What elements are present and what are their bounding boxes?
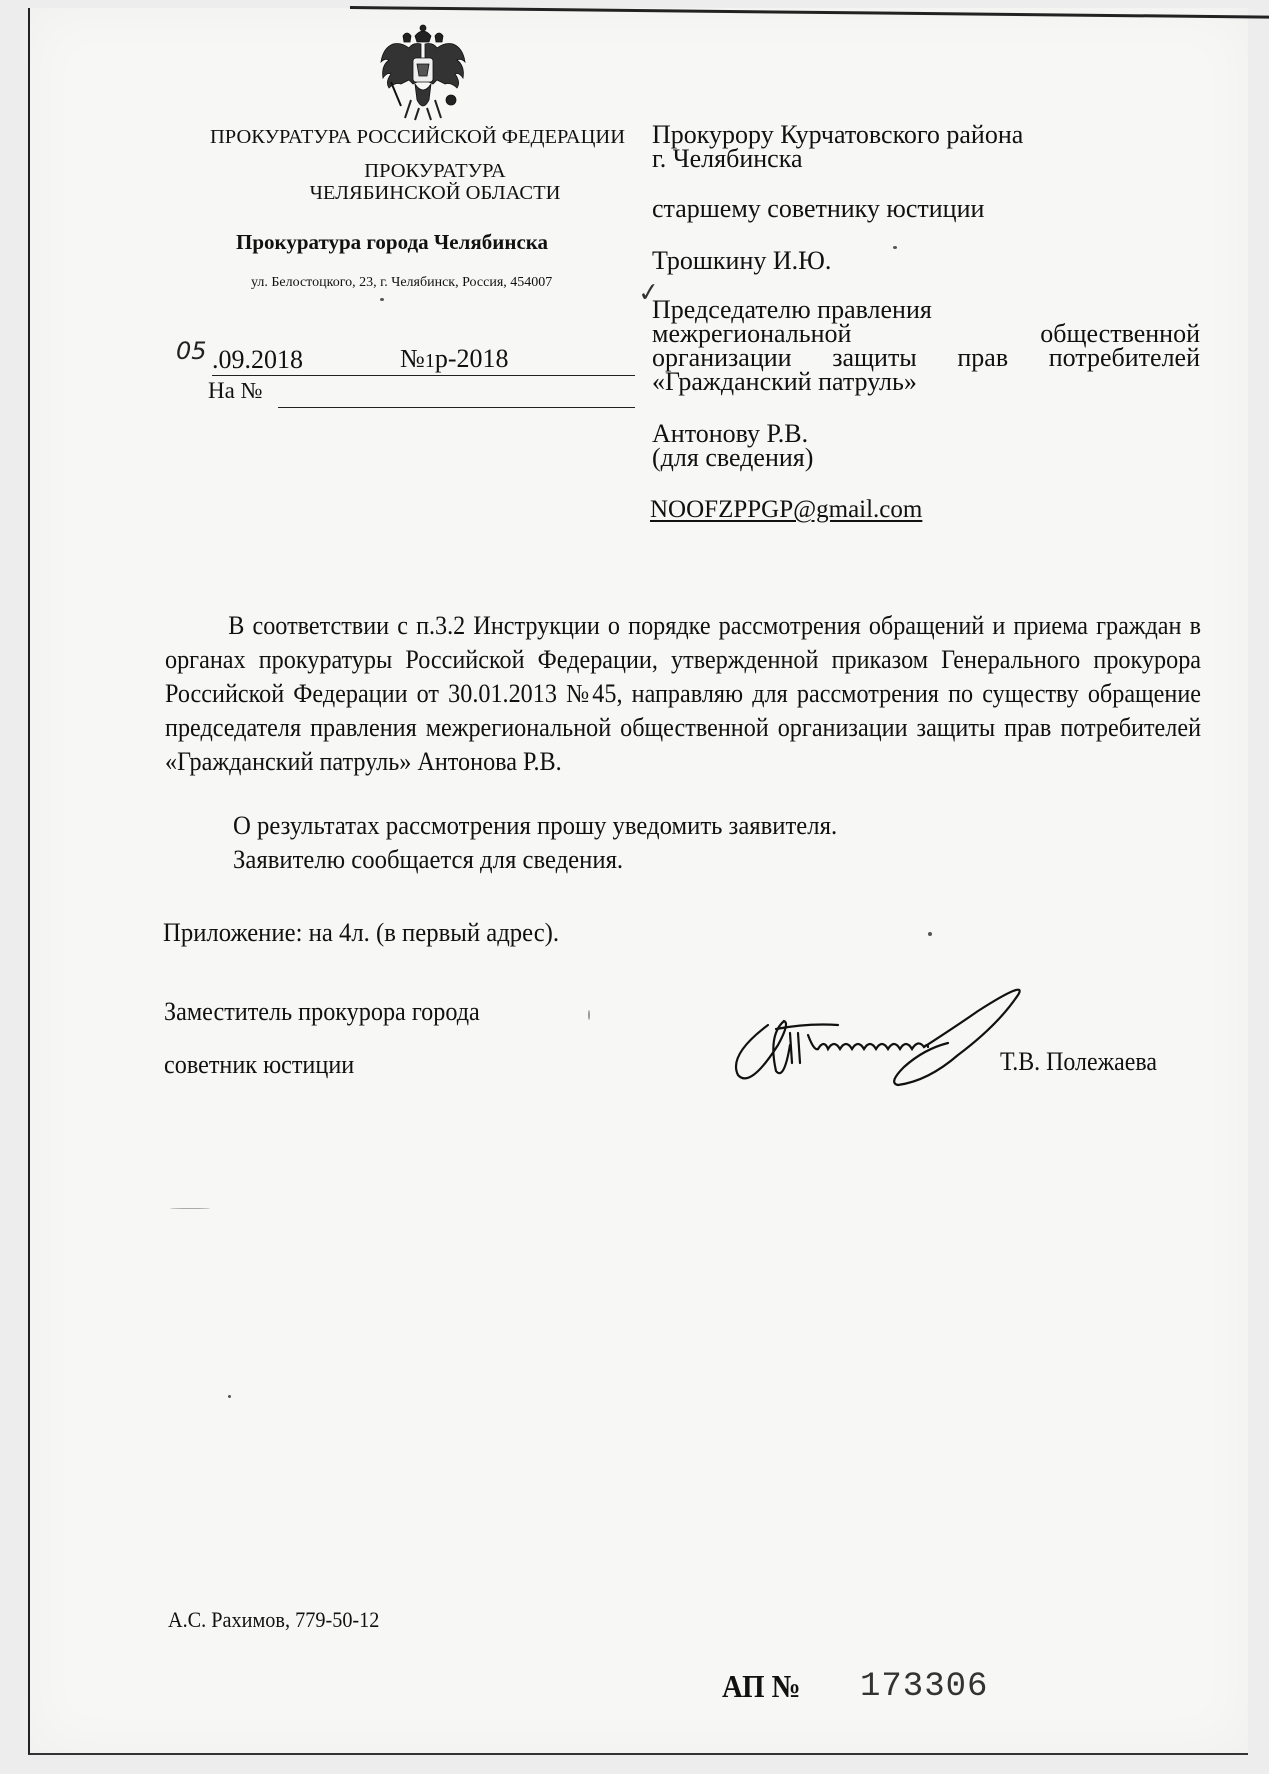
scan-speck: [928, 932, 932, 936]
body-paragraph-2: О результатах рассмотрения прошу уведоми…: [233, 811, 837, 841]
form-number: 173306: [860, 1668, 988, 1706]
document-page: [28, 8, 1248, 1755]
letterhead-region-line1: ПРОКУРАТУРА: [275, 160, 595, 182]
recipient-primary-rank: старшему советнику юстиции: [652, 197, 984, 221]
recipient-secondary-office: Председателю правления межрегиональной о…: [652, 298, 1200, 394]
recipient-primary-office: Прокурору Курчатовского района г. Челяби…: [652, 123, 1023, 171]
letterhead-address: ул. Белостоцкого, 23, г. Челябинск, Росс…: [251, 275, 552, 291]
registration-number: №1р-2018: [400, 344, 508, 374]
recipient-primary-line2: г. Челябинска: [652, 147, 1023, 171]
signatory-name: Т.В. Полежаева: [1000, 1047, 1157, 1077]
letterhead-city-office: Прокуратура города Челябинска: [236, 230, 548, 255]
scan-speck: [228, 1395, 231, 1398]
body-paragraph-1: В соответствии с п.3.2 Инструкции о поря…: [165, 609, 1201, 779]
handwritten-signature-icon: [728, 985, 1058, 1095]
recipient-secondary-note: (для сведения): [652, 446, 813, 470]
body-paragraph-3: Заявителю сообщается для сведения.: [233, 845, 623, 875]
scan-speck: [170, 1208, 210, 1209]
handwritten-day: 05: [176, 337, 207, 365]
registration-date: .09.2018: [212, 345, 303, 375]
reference-underline: [278, 407, 635, 408]
attachment-note: Приложение: на 4л. (в первый адрес).: [163, 918, 559, 948]
recipient-primary-name: Трошкину И.Ю.: [652, 249, 831, 273]
number-label: №: [400, 344, 425, 373]
scan-speck: [588, 1010, 590, 1020]
executor-contact: А.С. Рахимов, 779-50-12: [168, 1607, 379, 1633]
signatory-rank: советник юстиции: [164, 1050, 354, 1080]
scan-speck: [893, 246, 897, 249]
recipient-secondary-name: Антонову Р.В. (для сведения): [652, 422, 813, 470]
recipient-email-link[interactable]: NOOFZPPGP@gmail.com: [650, 496, 922, 524]
number-value: р-2018: [435, 344, 509, 373]
form-number-label: АП №: [722, 1668, 801, 1705]
signatory-position: Заместитель прокурора города: [164, 997, 480, 1027]
date-underline: [212, 375, 400, 376]
letterhead-region-line2: ЧЕЛЯБИНСКОЙ ОБЛАСТИ: [275, 182, 595, 204]
letterhead-federation: ПРОКУРАТУРА РОССИЙСКОЙ ФЕДЕРАЦИИ: [210, 126, 625, 149]
scan-speck: [380, 298, 384, 301]
letterhead-region: ПРОКУРАТУРА ЧЕЛЯБИНСКОЙ ОБЛАСТИ: [275, 160, 595, 204]
reference-label: На №: [208, 378, 263, 404]
recipient-secondary-line4: «Гражданский патруль»: [652, 370, 1200, 394]
number-underline: [400, 375, 635, 376]
handwritten-number: 1: [425, 350, 435, 372]
letter-body: В соответствии с п.3.2 Инструкции о поря…: [165, 609, 1201, 779]
coat-of-arms-icon: [375, 22, 471, 122]
